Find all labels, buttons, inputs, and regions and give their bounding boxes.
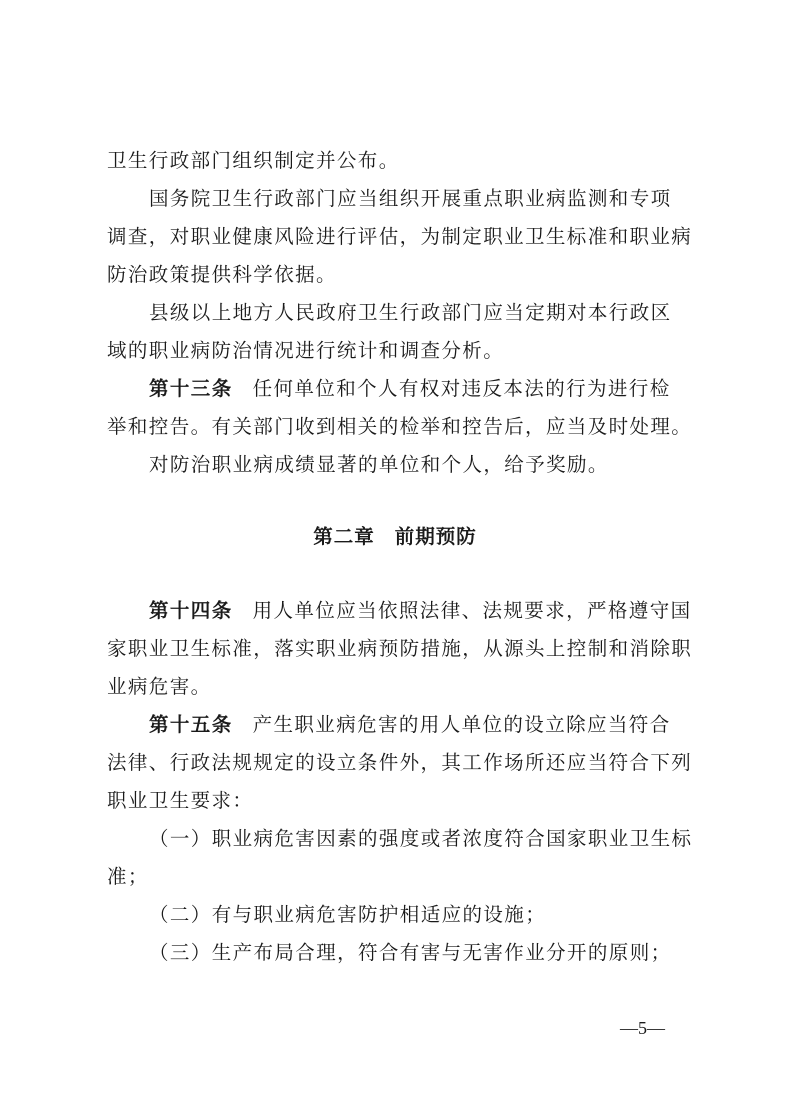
paragraph-line: 家职业卫生标准，落实职业病预防措施，从源头上控制和消除职 — [107, 630, 707, 668]
paragraph-line: 卫生行政部门组织制定并公布。 — [107, 142, 707, 180]
paragraph-line: 县级以上地方人民政府卫生行政部门应当定期对本行政区 — [149, 294, 749, 332]
article-heading: 第十五条 — [149, 713, 233, 736]
list-item-2: （二）有与职业病危害防护相适应的设施； — [149, 896, 749, 934]
paragraph-line: 防治政策提供科学依据。 — [107, 256, 707, 294]
paragraph-line: 准； — [107, 858, 707, 896]
article-heading: 第十三条 — [149, 377, 233, 400]
paragraph-line: 国务院卫生行政部门应当组织开展重点职业病监测和专项 — [149, 180, 749, 218]
article-15-first-line: 第十五条产生职业病危害的用人单位的设立除应当符合 — [149, 706, 749, 744]
chapter-title: 第二章前期预防 — [0, 518, 790, 556]
article-text: 任何单位和个人有权对违反本法的行为进行检 — [253, 377, 671, 400]
chapter-number: 第二章 — [313, 525, 375, 548]
list-item-1: （一）职业病危害因素的强度或者浓度符合国家职业卫生标 — [149, 820, 749, 858]
paragraph-line: 举和控告。有关部门收到相关的检举和控告后，应当及时处理。 — [107, 408, 707, 446]
paragraph-line: 职业卫生要求： — [107, 782, 707, 820]
article-text: 产生职业病危害的用人单位的设立除应当符合 — [253, 713, 671, 736]
paragraph-line: 调查，对职业健康风险进行评估，为制定职业卫生标准和职业病 — [107, 218, 707, 256]
article-14-first-line: 第十四条用人单位应当依照法律、法规要求，严格遵守国 — [149, 592, 749, 630]
list-item-3: （三）生产布局合理，符合有害与无害作业分开的原则； — [149, 934, 749, 972]
paragraph-line: 对防治职业病成绩显著的单位和个人，给予奖励。 — [149, 446, 749, 484]
article-heading: 第十四条 — [149, 599, 233, 622]
document-page: 卫生行政部门组织制定并公布。 国务院卫生行政部门应当组织开展重点职业病监测和专项… — [0, 0, 790, 1118]
paragraph-line: 域的职业病防治情况进行统计和调查分析。 — [107, 332, 707, 370]
chapter-name: 前期预防 — [395, 525, 477, 548]
article-13-first-line: 第十三条任何单位和个人有权对违反本法的行为进行检 — [149, 370, 749, 408]
article-text: 用人单位应当依照法律、法规要求，严格遵守国 — [253, 599, 692, 622]
paragraph-line: 业病危害。 — [107, 668, 707, 706]
page-number: —5— — [620, 1018, 665, 1039]
paragraph-line: 法律、行政法规规定的设立条件外，其工作场所还应当符合下列 — [107, 744, 707, 782]
